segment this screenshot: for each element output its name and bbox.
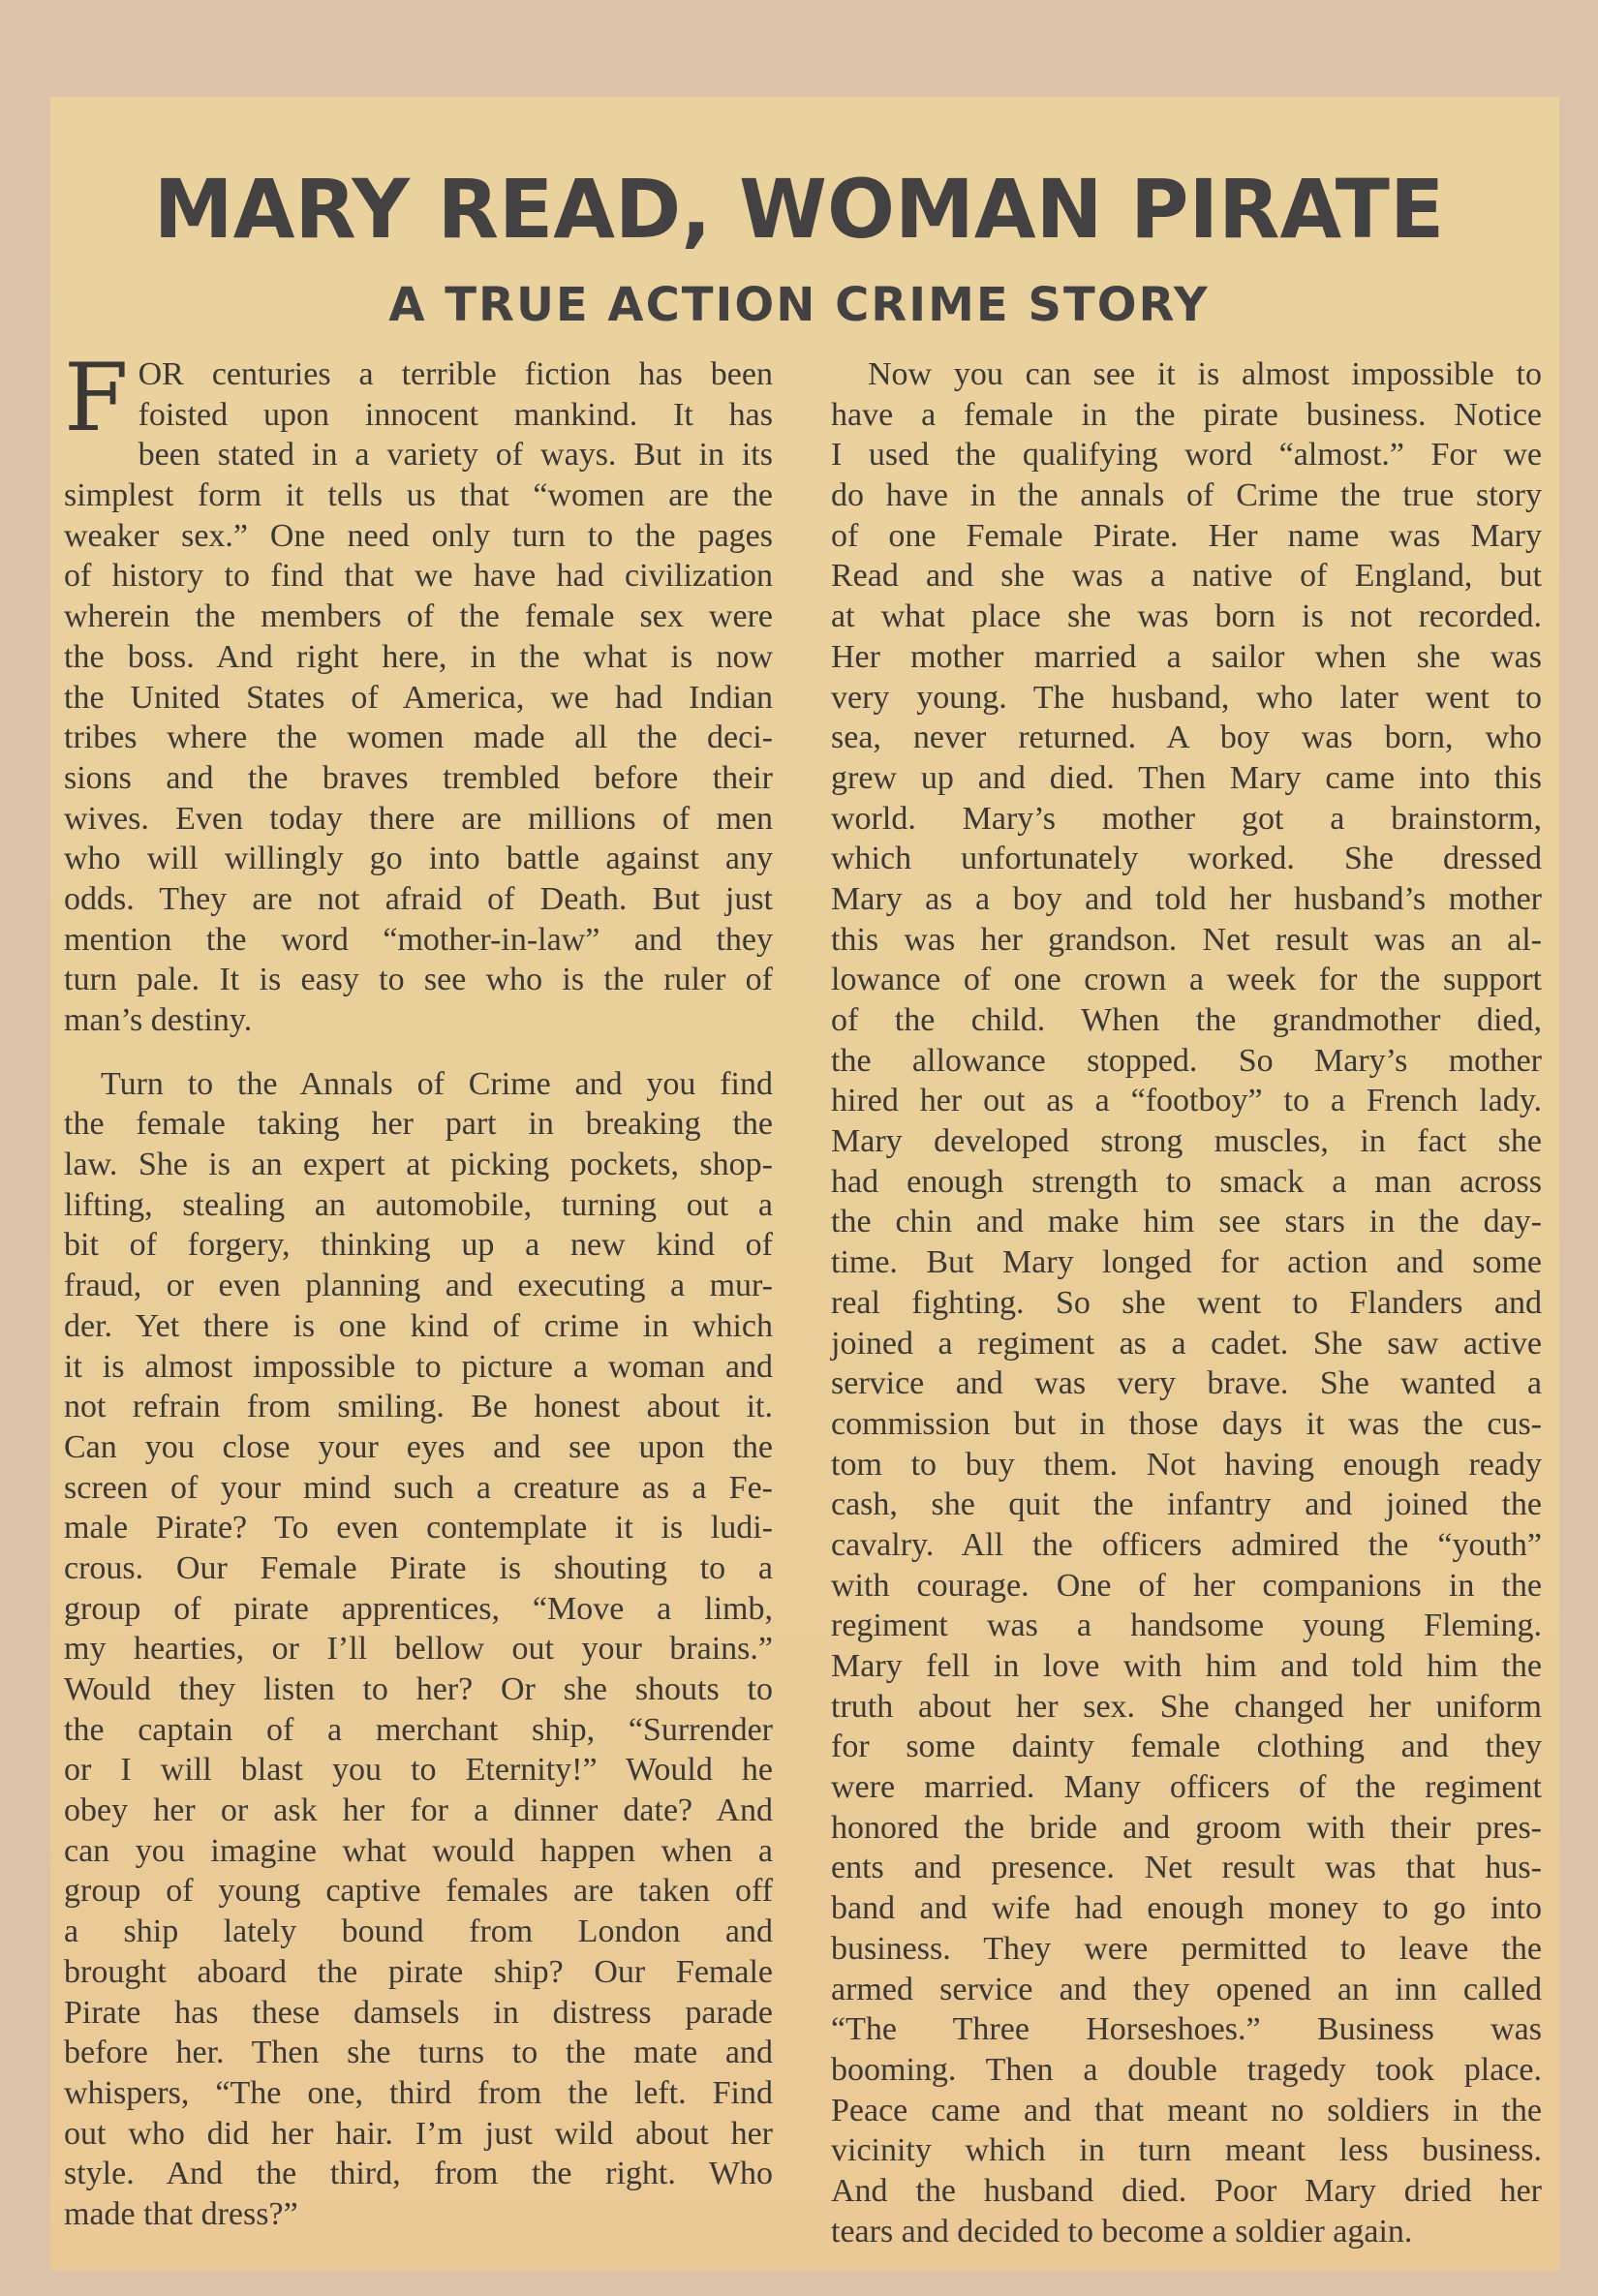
text-line: it is almost impossible to picture a wom… (64, 1347, 773, 1388)
text-line: vicinity which in turn meant less busine… (831, 2130, 1542, 2171)
text-line: out who did her hair. I’m just wild abou… (64, 2114, 773, 2155)
paragraph-2: Turn to the Annals of Crime and you find… (64, 1064, 773, 2235)
text-line: Peace came and that meant no soldiers in… (831, 2091, 1542, 2131)
text-line: foisted upon innocent mankind. It has (138, 395, 773, 436)
text-line: before her. Then she turns to the mate a… (64, 2033, 773, 2073)
text-line: And the husband died. Poor Mary dried he… (831, 2171, 1542, 2212)
text-line: or I will blast you to Eternity!” Would … (64, 1750, 773, 1791)
text-line: this was her grandson. Net result was an… (831, 920, 1542, 961)
drop-cap: F (64, 360, 129, 440)
text-line: do have in the annals of Crime the true … (831, 475, 1542, 516)
text-line: bit of forgery, thinking up a new kind o… (64, 1225, 773, 1266)
text-line: can you imagine what would happen when a (64, 1831, 773, 1872)
text-line: whispers, “The one, third from the left.… (64, 2073, 773, 2114)
text-line: style. And the third, from the right. Wh… (64, 2154, 773, 2194)
text-line: lifting, stealing an automobile, turning… (64, 1185, 773, 1226)
paragraph-1: F OR centuries a terrible fiction has be… (64, 354, 773, 1041)
text-line: of history to find that we have had civi… (64, 556, 773, 597)
text-line: Now you can see it is almost impossible … (831, 354, 1542, 395)
text-line: very young. The husband, who later went … (831, 678, 1542, 719)
text-line: tribes where the women made all the deci… (64, 718, 773, 758)
text-line: armed service and they opened an inn cal… (831, 1970, 1542, 2010)
text-line: ents and presence. Net result was that h… (831, 1848, 1542, 1888)
text-line: which unfortunately worked. She dressed (831, 839, 1542, 879)
text-line: world. Mary’s mother got a brainstorm, (831, 799, 1542, 840)
text-line: business. They were permitted to leave t… (831, 1929, 1542, 1970)
text-line: group of young captive females are taken… (64, 1871, 773, 1912)
text-line: honored the bride and groom with their p… (831, 1808, 1542, 1849)
text-line: booming. Then a double tragedy took plac… (831, 2050, 1542, 2091)
text-line: der. Yet there is one kind of crime in w… (64, 1306, 773, 1347)
text-line: made that dress?” (64, 2194, 773, 2235)
text-line: man’s destiny. (64, 1000, 773, 1041)
text-line: hired her out as a “footboy” to a French… (831, 1081, 1542, 1121)
text-line: wherein the members of the female sex we… (64, 597, 773, 637)
text-line: male Pirate? To even contemplate it is l… (64, 1508, 773, 1548)
text-line: service and was very brave. She wanted a (831, 1363, 1542, 1404)
text-line: not refrain from smiling. Be honest abou… (64, 1387, 773, 1427)
text-line: of one Female Pirate. Her name was Mary (831, 516, 1542, 557)
text-line: group of pirate apprentices, “Move a lim… (64, 1589, 773, 1630)
text-line: the allowance stopped. So Mary’s mother (831, 1041, 1542, 1082)
text-line: Mary as a boy and told her husband’s mot… (831, 879, 1542, 920)
text-line: fraud, or even planning and executing a … (64, 1266, 773, 1306)
text-line: Would they listen to her? Or she shouts … (64, 1669, 773, 1710)
text-line: joined a regiment as a cadet. She saw ac… (831, 1324, 1542, 1364)
text-line: crous. Our Female Pirate is shouting to … (64, 1548, 773, 1589)
paragraph-gap (64, 1041, 773, 1064)
text-line: weaker sex.” One need only turn to the p… (64, 516, 773, 557)
text-line: commission but in those days it was the … (831, 1404, 1542, 1445)
text-line: odds. They are not afraid of Death. But … (64, 879, 773, 920)
text-line: tears and decided to become a soldier ag… (831, 2212, 1542, 2252)
text-line: time. But Mary longed for action and som… (831, 1242, 1542, 1283)
text-line: law. She is an expert at picking pockets… (64, 1145, 773, 1185)
text-line: I used the qualifying word “almost.” For… (831, 435, 1542, 475)
text-line: Pirate has these damsels in distress par… (64, 1993, 773, 2034)
text-line: who will willingly go into battle agains… (64, 839, 773, 879)
text-line: had enough strength to smack a man acros… (831, 1162, 1542, 1203)
paragraph-3: Now you can see it is almost impossible … (831, 354, 1542, 2251)
text-line: cash, she quit the infantry and joined t… (831, 1485, 1542, 1525)
text-line: brought aboard the pirate ship? Our Fema… (64, 1952, 773, 1993)
text-line: the chin and make him see stars in the d… (831, 1202, 1542, 1242)
text-line: tom to buy them. Not having enough ready (831, 1445, 1542, 1485)
text-line: the boss. And right here, in the what is… (64, 637, 773, 678)
text-line: simplest form it tells us that “women ar… (64, 475, 773, 516)
text-line: grew up and died. Then Mary came into th… (831, 758, 1542, 799)
text-line: at what place she was born is not record… (831, 597, 1542, 637)
text-line: obey her or ask her for a dinner date? A… (64, 1791, 773, 1831)
text-line: of the child. When the grandmother died, (831, 1000, 1542, 1041)
right-column: Now you can see it is almost impossible … (831, 354, 1542, 2251)
text-line: mention the word “mother-in-law” and the… (64, 920, 773, 961)
text-line: band and wife had enough money to go int… (831, 1888, 1542, 1929)
text-line: turn pale. It is easy to see who is the … (64, 960, 773, 1000)
text-line: Read and she was a native of England, bu… (831, 556, 1542, 597)
text-line: truth about her sex. She changed her uni… (831, 1687, 1542, 1728)
text-line: cavalry. All the officers admired the “y… (831, 1525, 1542, 1566)
text-line: were married. Many officers of the regim… (831, 1767, 1542, 1808)
text-line: Turn to the Annals of Crime and you find (64, 1064, 773, 1105)
text-line: screen of your mind such a creature as a… (64, 1468, 773, 1509)
text-line: have a female in the pirate business. No… (831, 395, 1542, 436)
text-line: Mary developed strong muscles, in fact s… (831, 1121, 1542, 1162)
text-line: my hearties, or I’ll bellow out your bra… (64, 1629, 773, 1669)
left-column: F OR centuries a terrible fiction has be… (64, 354, 773, 2235)
text-line: the female taking her part in breaking t… (64, 1104, 773, 1145)
text-line: been stated in a variety of ways. But in… (64, 435, 773, 475)
text-line: OR centuries a terrible fiction has been (138, 354, 773, 395)
text-line: with courage. One of her companions in t… (831, 1566, 1542, 1607)
text-line: regiment was a handsome young Fleming. (831, 1606, 1542, 1646)
text-line: sea, never returned. A boy was born, who (831, 718, 1542, 758)
text-line: the United States of America, we had Ind… (64, 678, 773, 719)
text-line: “The Three Horseshoes.” Business was (831, 2009, 1542, 2050)
text-line: Her mother married a sailor when she was (831, 637, 1542, 678)
text-line: a ship lately bound from London and (64, 1912, 773, 1952)
text-line: Mary fell in love with him and told him … (831, 1646, 1542, 1687)
text-line: lowance of one crown a week for the supp… (831, 960, 1542, 1000)
text-line: for some dainty female clothing and they (831, 1727, 1542, 1767)
text-line: wives. Even today there are millions of … (64, 799, 773, 840)
article-title: MARY READ, WOMAN PIRATE (16, 161, 1583, 258)
text-line: Can you close your eyes and see upon the (64, 1427, 773, 1468)
text-line: sions and the braves trembled before the… (64, 758, 773, 799)
article-subtitle: A TRUE ACTION CRIME STORY (0, 276, 1598, 334)
text-line: the captain of a merchant ship, “Surrend… (64, 1710, 773, 1751)
text-line: real fighting. So she went to Flanders a… (831, 1283, 1542, 1324)
